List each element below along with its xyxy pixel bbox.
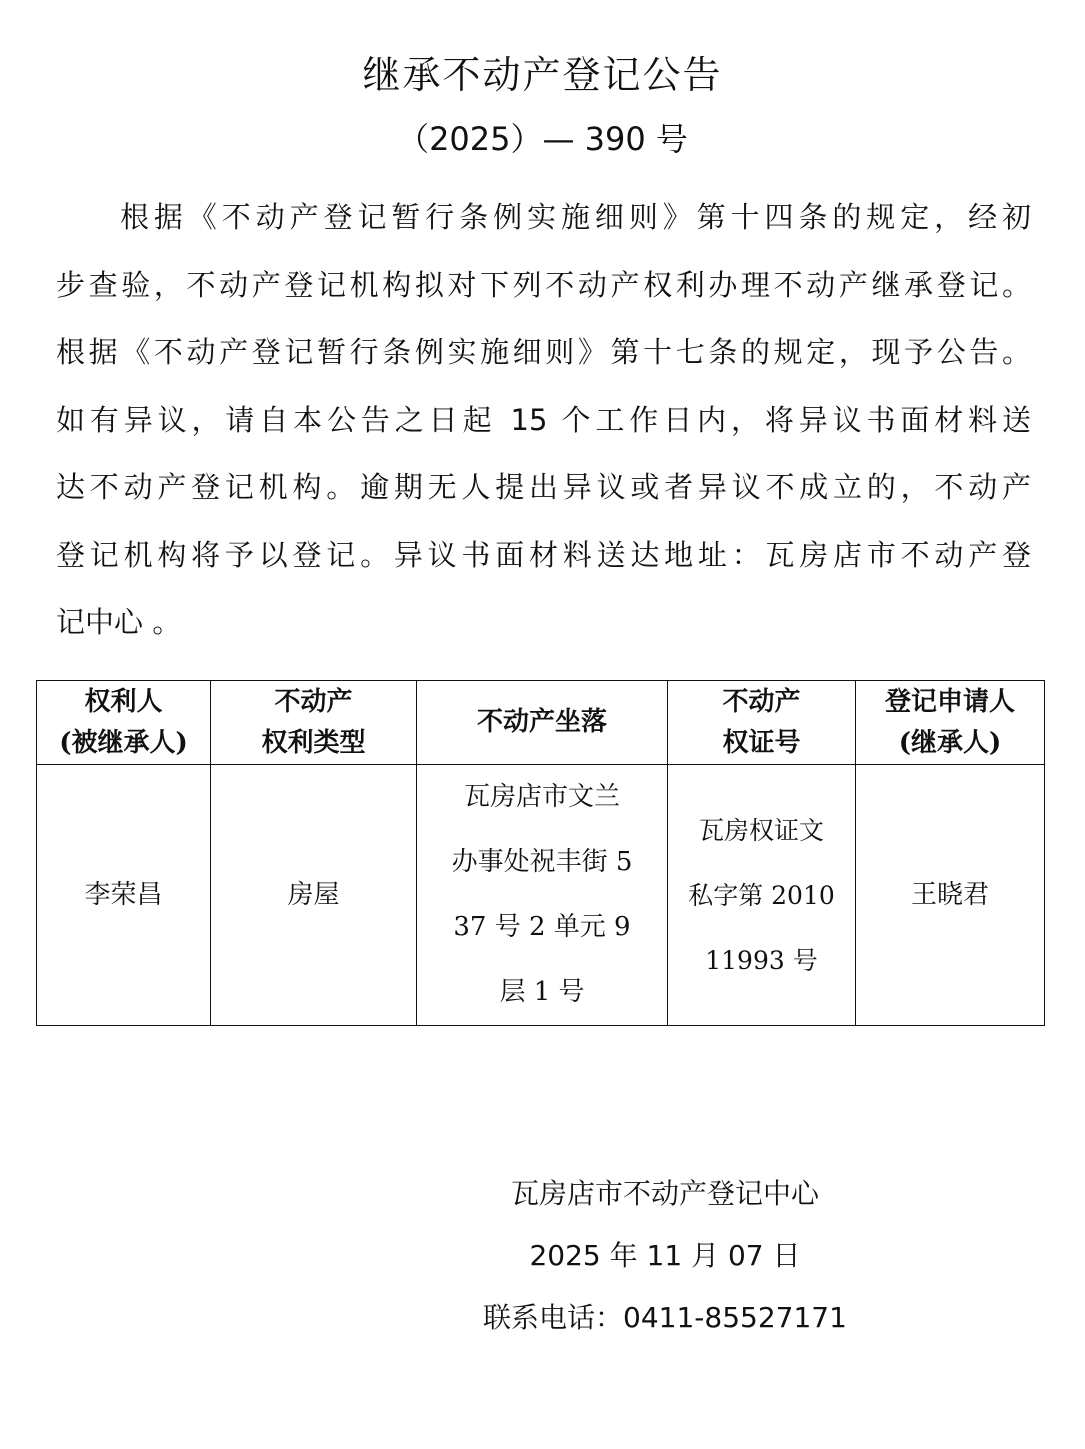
header-location: 不动产坐落 bbox=[417, 681, 668, 765]
footer-date: 2025 年 11 月 07 日 bbox=[0, 1234, 1085, 1274]
body-line: 步查验，不动产登记机构拟对下列不动产权利办理不动产继承登记。 bbox=[56, 252, 1031, 320]
body-line: 登记机构将予以登记。异议书面材料送达地址：瓦房店市不动产登 bbox=[56, 522, 1031, 590]
notice-body: 根据《不动产登记暂行条例实施细则》第十四条的规定，经初 步查验，不动产登记机构拟… bbox=[56, 184, 1031, 657]
header-line: 权证号 bbox=[668, 723, 855, 764]
certificate-line: 私字第 2010 bbox=[668, 863, 855, 928]
certificate-line: 11993 号 bbox=[668, 928, 855, 993]
header-line: 登记申请人 bbox=[856, 682, 1044, 723]
footer-phone: 联系电话：0411-85527171 bbox=[0, 1296, 1085, 1336]
inheritance-table: 权利人 (被继承人) 不动产 权利类型 不动产坐落 不动产 权证号 登记申请人 … bbox=[36, 680, 1045, 1026]
location-line: 层 1 号 bbox=[417, 960, 667, 1025]
header-line: 权利人 bbox=[37, 682, 210, 723]
notice-number: （2025）— 390 号 bbox=[0, 114, 1085, 160]
header-right-holder: 权利人 (被继承人) bbox=[37, 681, 211, 765]
header-line: (继承人) bbox=[856, 723, 1044, 764]
header-line: 不动产坐落 bbox=[417, 702, 667, 743]
header-certificate: 不动产 权证号 bbox=[668, 681, 856, 765]
cell-applicant: 王晓君 bbox=[856, 765, 1045, 1026]
cell-right-type: 房屋 bbox=[211, 765, 417, 1026]
location-line: 37 号 2 单元 9 bbox=[417, 895, 667, 960]
cell-location: 瓦房店市文兰 办事处祝丰街 5 37 号 2 单元 9 层 1 号 bbox=[417, 765, 668, 1026]
certificate-line: 瓦房权证文 bbox=[668, 798, 855, 863]
header-line: 不动产 bbox=[668, 682, 855, 723]
body-line: 根据《不动产登记暂行条例实施细则》第十四条的规定，经初 bbox=[56, 184, 1031, 252]
header-line: 权利类型 bbox=[211, 723, 416, 764]
body-line: 达不动产登记机构。逾期无人提出异议或者异议不成立的，不动产 bbox=[56, 454, 1031, 522]
cell-certificate: 瓦房权证文 私字第 2010 11993 号 bbox=[668, 765, 856, 1026]
body-line: 根据《不动产登记暂行条例实施细则》第十七条的规定，现予公告。 bbox=[56, 319, 1031, 387]
table-header-row: 权利人 (被继承人) 不动产 权利类型 不动产坐落 不动产 权证号 登记申请人 … bbox=[37, 681, 1045, 765]
notice-title: 继承不动产登记公告 bbox=[0, 44, 1085, 99]
body-line: 记中心 。 bbox=[56, 589, 1031, 657]
footer-organization: 瓦房店市不动产登记中心 bbox=[0, 1172, 1085, 1212]
location-line: 办事处祝丰街 5 bbox=[417, 830, 667, 895]
header-applicant: 登记申请人 (继承人) bbox=[856, 681, 1045, 765]
table-row: 李荣昌 房屋 瓦房店市文兰 办事处祝丰街 5 37 号 2 单元 9 层 1 号… bbox=[37, 765, 1045, 1026]
header-line: 不动产 bbox=[211, 682, 416, 723]
header-line: (被继承人) bbox=[37, 723, 210, 764]
location-line: 瓦房店市文兰 bbox=[417, 765, 667, 830]
body-line: 如有异议，请自本公告之日起 15 个工作日内，将异议书面材料送 bbox=[56, 387, 1031, 455]
header-right-type: 不动产 权利类型 bbox=[211, 681, 417, 765]
cell-right-holder: 李荣昌 bbox=[37, 765, 211, 1026]
